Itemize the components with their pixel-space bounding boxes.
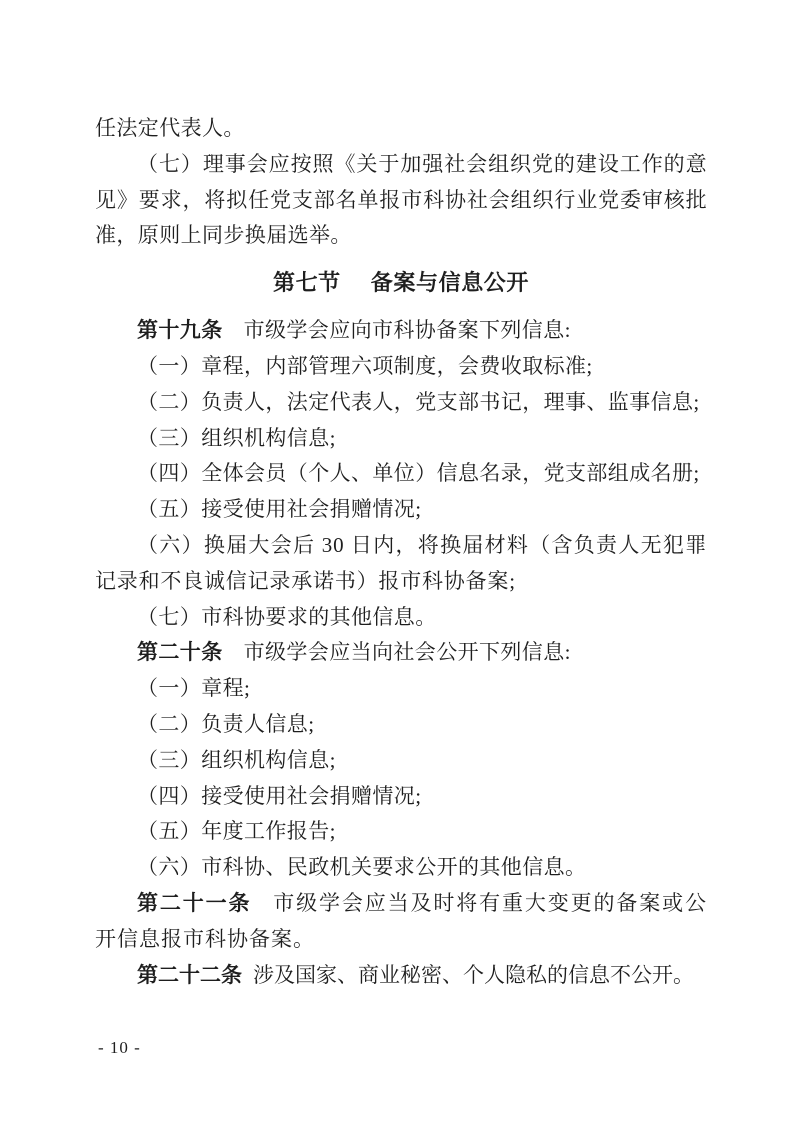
list-item: （一）章程; [95, 671, 707, 707]
article-19-term: 第十九条 [137, 318, 223, 342]
section-title: 备案与信息公开 [371, 270, 529, 295]
continuation-paragraph: 任法定代表人。 [95, 111, 707, 147]
article-19-paragraph: 第十九条市级学会应向市科协备案下列信息: [95, 313, 707, 349]
list-item: （三）组织机构信息; [95, 421, 707, 457]
list-item: （二）负责人，法定代表人，党支部书记，理事、监事信息; [95, 385, 707, 421]
list-item: （七）市科协要求的其他信息。 [95, 600, 707, 636]
article-22-term: 第二十二条 [137, 963, 242, 987]
list-item: （六）市科协、民政机关要求公开的其他信息。 [95, 850, 707, 886]
section-number: 第七节 [273, 270, 341, 295]
document-body: 任法定代表人。 （七）理事会应按照《关于加强社会组织党的建设工作的意见》要求，将… [95, 0, 707, 993]
article-22-paragraph: 第二十二条涉及国家、商业秘密、个人隐私的信息不公开。 [95, 958, 707, 994]
list-item: （五）接受使用社会捐赠情况; [95, 492, 707, 528]
article-22-text: 涉及国家、商业秘密、个人隐私的信息不公开。 [253, 963, 694, 987]
article-21-paragraph: 第二十一条市级学会应当及时将有重大变更的备案或公开信息报市科协备案。 [95, 886, 707, 958]
article-21-term: 第二十一条 [137, 891, 251, 915]
article-20-text: 市级学会应当向社会公开下列信息: [244, 640, 571, 664]
section-heading: 第七节备案与信息公开 [95, 265, 707, 301]
article-19-text: 市级学会应向市科协备案下列信息: [244, 318, 571, 342]
list-item: （一）章程，内部管理六项制度，会费收取标准; [95, 349, 707, 385]
list-item: （六）换届大会后 30 日内，将换届材料（含负责人无犯罪记录和不良诚信记录承诺书… [95, 528, 707, 600]
list-item: （三）组织机构信息; [95, 743, 707, 779]
list-item: （四）接受使用社会捐赠情况; [95, 779, 707, 815]
document-page: 任法定代表人。 （七）理事会应按照《关于加强社会组织党的建设工作的意见》要求，将… [0, 0, 793, 1122]
article-20-term: 第二十条 [137, 640, 223, 664]
clause-seven-paragraph: （七）理事会应按照《关于加强社会组织党的建设工作的意见》要求，将拟任党支部名单报… [95, 147, 707, 254]
page-number-label: - 10 - [98, 1038, 141, 1058]
list-item: （四）全体会员（个人、单位）信息名录，党支部组成名册; [95, 456, 707, 492]
list-item: （二）负责人信息; [95, 707, 707, 743]
list-item: （五）年度工作报告; [95, 814, 707, 850]
article-20-paragraph: 第二十条市级学会应当向社会公开下列信息: [95, 635, 707, 671]
